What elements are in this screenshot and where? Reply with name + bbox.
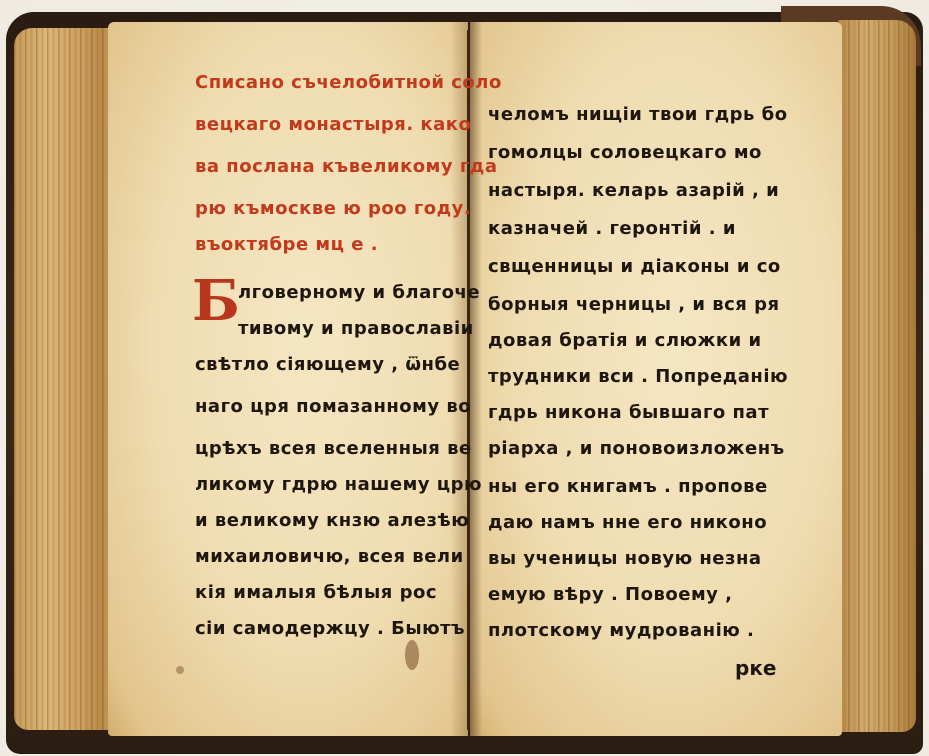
text-line: казначей . геронтій . и <box>488 218 736 240</box>
text-line: свщенницы и діаконы и со <box>488 256 781 278</box>
heading-line: ва послана къвеликому гда <box>195 156 497 178</box>
drop-cap: Б <box>192 276 240 326</box>
text-line: гдрь никона бывшаго пат <box>488 402 769 424</box>
text-line: гомолцы соловецкаго мо <box>488 142 762 164</box>
text-line: кія ималыя бѣлыя рос <box>195 582 437 604</box>
text-line: црѣхъ всея вселенныя ве <box>195 438 472 460</box>
text-line: сіи самодержцу . Быютъ <box>195 618 465 640</box>
text-line: ріарха , и поновоизложенъ <box>488 438 785 460</box>
text-line: ликому гдрю нашему црю <box>195 474 482 496</box>
text-line: вы ученицы новую незна <box>488 548 762 570</box>
text-line: довая братія и слюжки и <box>488 330 762 352</box>
text-line: наго цря помазанному во <box>195 396 471 418</box>
text-line: лговерному и благоче <box>238 282 480 304</box>
text-line: тивому и православіи <box>238 318 474 340</box>
text-line: свѣтло сіяющему , ѿнбе <box>195 354 460 376</box>
heading-line: Списано съчелобитной соло <box>195 72 502 94</box>
text-line: плотскому мудрованію . <box>488 620 754 642</box>
heading-line: въоктябре мц е . <box>195 234 378 256</box>
photo-scene: Списано съчелобитной соло вецкаго монаст… <box>0 0 929 756</box>
folio-number: рке <box>735 656 776 680</box>
text-line: ны его книгамъ . пропове <box>488 476 768 498</box>
text-line: трудники вси . Попреданію <box>488 366 788 388</box>
ink-spot <box>176 666 184 674</box>
ink-stain <box>405 640 419 670</box>
text-line: михаиловичю, всея вели <box>195 546 464 568</box>
heading-line: рю къмоскве ю роо году. <box>195 198 471 220</box>
text-line: емую вѣру . Повоему , <box>488 584 733 606</box>
text-line: челомъ нищіи твои гдрь бо <box>488 104 788 126</box>
text-line: и великому кнзю алезѣю <box>195 510 469 532</box>
text-line: даю намъ нне его никоно <box>488 512 767 534</box>
text-line: борныя черницы , и вся ря <box>488 294 780 316</box>
heading-line: вецкаго монастыря. како <box>195 114 471 136</box>
text-line: настыря. келарь азарій , и <box>488 180 779 202</box>
right-page-edges <box>838 20 916 732</box>
